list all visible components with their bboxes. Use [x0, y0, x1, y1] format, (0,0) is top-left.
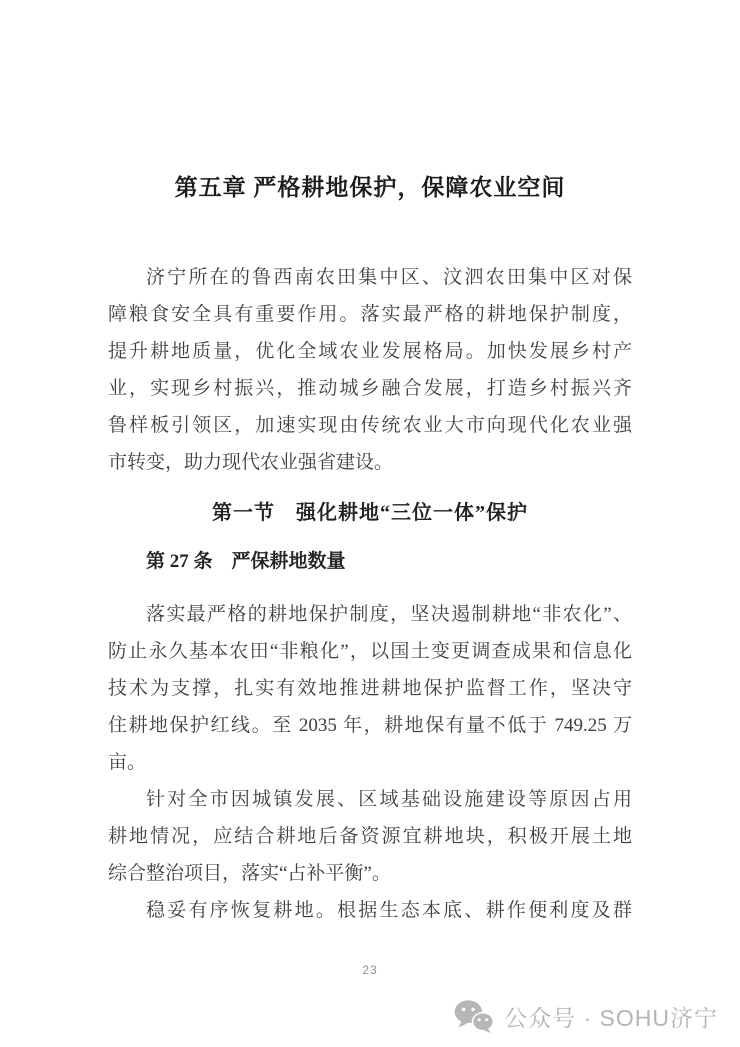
article-paragraph-3: 稳妥有序恢复耕地。根据生态本底、耕作便利度及群 [108, 892, 632, 929]
text-line: 综合整治项目，落实“占补平衡”。 [108, 855, 632, 892]
page-number: 23 [0, 963, 740, 977]
article-paragraph-1: 落实最严格的耕地保护制度，坚决遏制耕地“非农化”、 防止永久基本农田“非粮化”，… [108, 596, 632, 781]
footer-brand-text: 公众号 · SOHU济宁 [504, 1000, 718, 1033]
text-line: 耕地情况，应结合耕地后备资源宜耕地块，积极开展土地 [108, 818, 632, 855]
document-page: 第五章 严格耕地保护，保障农业空间 济宁所在的鲁西南农田集中区、汶泗农田集中区对… [0, 0, 740, 1047]
text-line: 稳妥有序恢复耕地。根据生态本底、耕作便利度及群 [108, 892, 632, 929]
text-line: 市转变，助力现代农业强省建设。 [108, 444, 632, 481]
text-line: 提升耕地质量，优化全域农业发展格局。加快发展乡村产 [108, 333, 632, 370]
text-line: 防止永久基本农田“非粮化”，以国土变更调查成果和信息化 [108, 633, 632, 670]
text-line: 亩。 [108, 744, 632, 781]
intro-paragraph: 济宁所在的鲁西南农田集中区、汶泗农田集中区对保 障粮食安全具有重要作用。落实最严… [108, 259, 632, 481]
text-line: 济宁所在的鲁西南农田集中区、汶泗农田集中区对保 [108, 259, 632, 296]
text-line: 住耕地保护红线。至 2035 年，耕地保有量不低于 749.25 万 [108, 707, 632, 744]
chapter-title: 第五章 严格耕地保护，保障农业空间 [0, 172, 740, 204]
text-line: 业，实现乡村振兴，推动城乡融合发展，打造乡村振兴齐 [108, 370, 632, 407]
text-line: 鲁样板引领区，加速实现由传统农业大市向现代化农业强 [108, 407, 632, 444]
text-line: 针对全市因城镇发展、区域基础设施建设等原因占用 [108, 781, 632, 818]
article-paragraph-2: 针对全市因城镇发展、区域基础设施建设等原因占用 耕地情况，应结合耕地后备资源宜耕… [108, 781, 632, 892]
text-line: 落实最严格的耕地保护制度，坚决遏制耕地“非农化”、 [108, 596, 632, 633]
page-content: 济宁所在的鲁西南农田集中区、汶泗农田集中区对保 障粮食安全具有重要作用。落实最严… [108, 259, 632, 929]
footer-brand: 公众号 · SOHU济宁 [453, 999, 718, 1033]
article-title: 第 27 条 严保耕地数量 [108, 547, 632, 577]
text-line: 障粮食安全具有重要作用。落实最严格的耕地保护制度， [108, 296, 632, 333]
wechat-icon [453, 999, 495, 1033]
section-title: 第一节 强化耕地“三位一体”保护 [108, 498, 632, 528]
text-line: 技术为支撑，扎实有效地推进耕地保护监督工作，坚决守 [108, 670, 632, 707]
